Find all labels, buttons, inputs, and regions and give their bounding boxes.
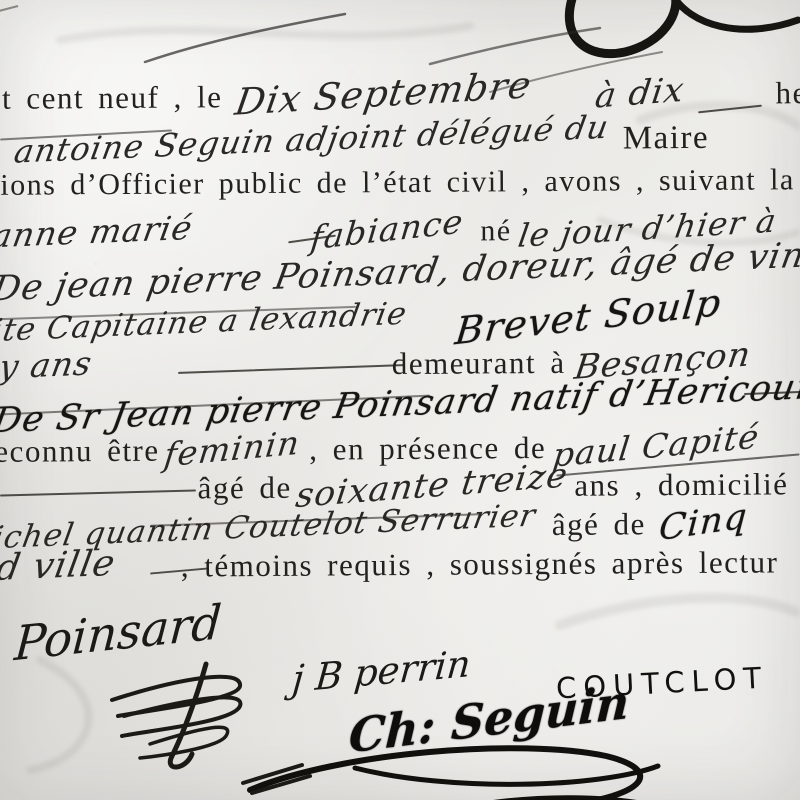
signature-block: Poinsardj B perrinCOUTCLOTCh: Seguin <box>0 0 800 800</box>
scanned-registry-document: it cent neuf , leDix Septembreà dixheu, … <box>0 0 800 800</box>
signature-poinsard: Poinsard <box>13 595 224 672</box>
signature-perrin: j B perrin <box>290 642 472 701</box>
